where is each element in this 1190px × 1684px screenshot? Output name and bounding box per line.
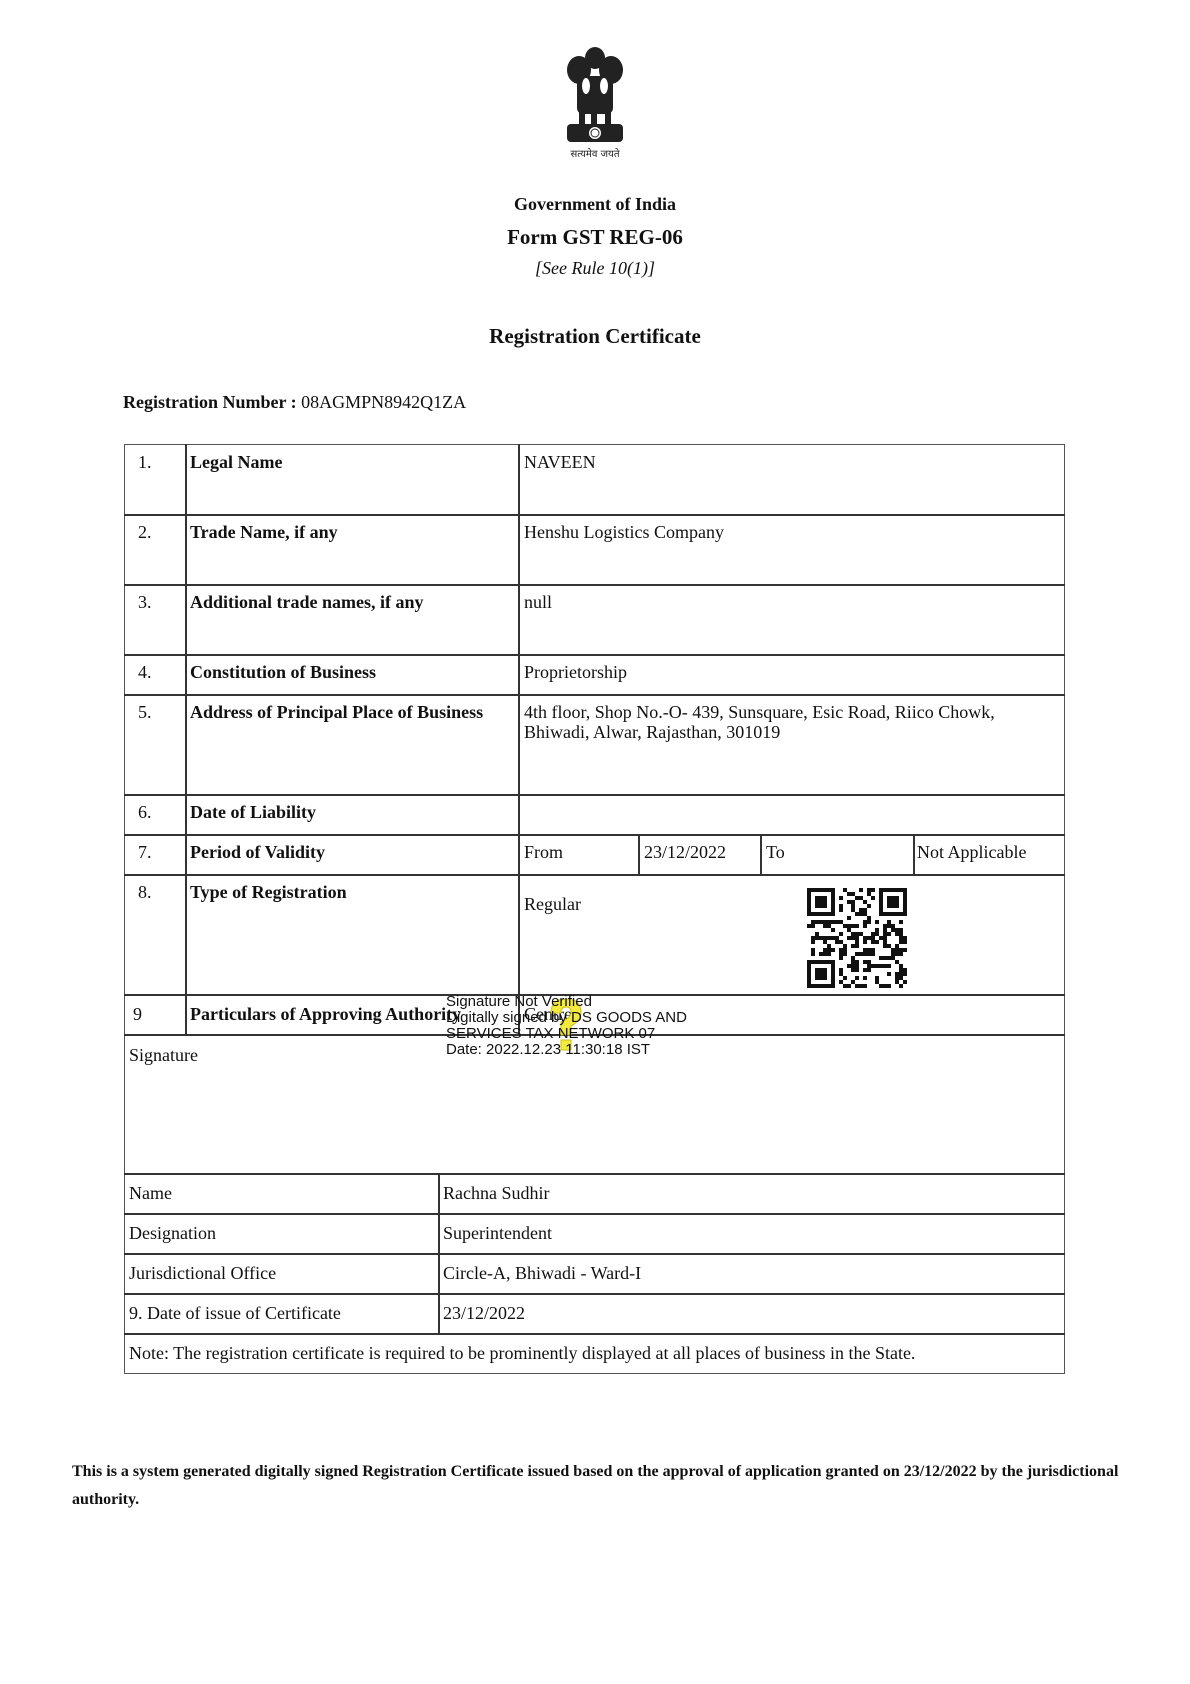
type-of-registration-value: Regular xyxy=(524,894,581,914)
form-name: Form GST REG-06 xyxy=(0,225,1190,250)
additional-trade-names-value: null xyxy=(524,592,552,612)
period-of-validity-label: Period of Validity xyxy=(190,842,325,862)
row-number: 4. xyxy=(138,662,152,682)
date-of-liability-label: Date of Liability xyxy=(190,802,316,822)
signature-date: Date: 2022.12.23 11:30:18 IST xyxy=(446,1042,687,1058)
footer-statement: This is a system generated digitally sig… xyxy=(72,1458,1122,1514)
designation-value: Superintendent xyxy=(443,1223,552,1243)
qr-code xyxy=(807,888,907,988)
officer-name-label: Name xyxy=(129,1183,172,1203)
validity-to-label: To xyxy=(766,842,785,862)
constitution-label: Constitution of Business xyxy=(190,662,376,682)
row-number: 3. xyxy=(138,592,152,612)
validity-to-value: Not Applicable xyxy=(917,842,1026,862)
jurisdictional-office-label: Jurisdictional Office xyxy=(129,1263,276,1283)
svg-text:सत्यमेव जयते: सत्यमेव जयते xyxy=(570,148,619,160)
row-number: 9 xyxy=(133,1004,142,1024)
rule-reference: [See Rule 10(1)] xyxy=(0,258,1190,279)
row-number: 8. xyxy=(138,882,152,902)
government-heading: Government of India xyxy=(0,194,1190,215)
constitution-value: Proprietorship xyxy=(524,662,627,682)
signature-label: Signature xyxy=(129,1045,198,1065)
address-value: 4th floor, Shop No.-O- 439, Sunsquare, E… xyxy=(524,702,1059,742)
type-of-registration-label: Type of Registration xyxy=(190,882,347,902)
row-number: 6. xyxy=(138,802,152,822)
designation-label: Designation xyxy=(129,1223,216,1243)
legal-name-label: Legal Name xyxy=(190,452,282,472)
registration-number: Registration Number : 08AGMPN8942Q1ZA xyxy=(123,392,466,413)
legal-name-value: NAVEEN xyxy=(524,452,596,472)
page-title: Registration Certificate xyxy=(0,324,1190,349)
date-of-issue-label: 9. Date of issue of Certificate xyxy=(129,1303,341,1323)
additional-trade-names-label: Additional trade names, if any xyxy=(190,592,424,612)
row-number: 1. xyxy=(138,452,152,472)
registration-number-label: Registration Number : xyxy=(123,392,297,412)
row-number: 7. xyxy=(138,842,152,862)
validity-from-label: From xyxy=(524,842,563,862)
officer-name-value: Rachna Sudhir xyxy=(443,1183,549,1203)
address-label: Address of Principal Place of Business xyxy=(190,702,490,722)
display-note: Note: The registration certificate is re… xyxy=(129,1343,915,1363)
trade-name-value: Henshu Logistics Company xyxy=(524,522,724,542)
signature-status: Signature Not Verified xyxy=(446,994,687,1010)
validity-from-value: 23/12/2022 xyxy=(644,842,726,862)
row-number: 5. xyxy=(138,702,152,722)
trade-name-label: Trade Name, if any xyxy=(190,522,338,542)
national-emblem-icon: सत्यमेव जयते xyxy=(553,36,637,162)
digital-signature-info: Signature Not Verified Digitally signed … xyxy=(446,994,687,1058)
row-number: 2. xyxy=(138,522,152,542)
signed-by-line2: SERVICES TAX NETWORK 07 xyxy=(446,1026,687,1042)
jurisdictional-office-value: Circle-A, Bhiwadi - Ward-I xyxy=(443,1263,641,1283)
registration-number-value: 08AGMPN8942Q1ZA xyxy=(301,392,466,412)
approving-authority-label: Particulars of Approving Authority xyxy=(190,1004,461,1024)
date-of-issue-value: 23/12/2022 xyxy=(443,1303,525,1323)
signed-by-line1: Digitally signed by DS GOODS AND xyxy=(446,1010,687,1026)
